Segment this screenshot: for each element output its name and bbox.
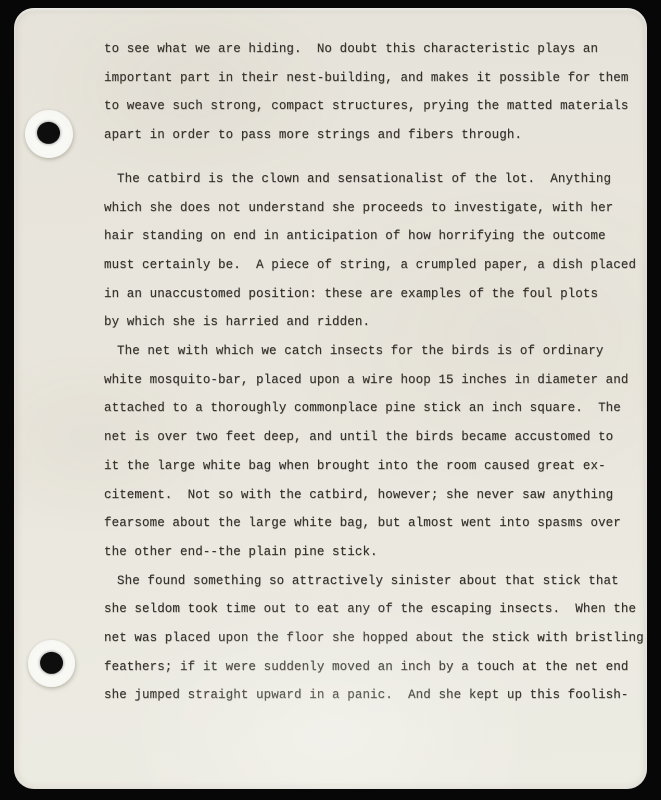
text-line: feathers; if it were suddenly moved an i… xyxy=(104,653,644,682)
typewritten-text: to see what we are hiding. No doubt this… xyxy=(104,35,644,710)
text-line: citement. Not so with the catbird, howev… xyxy=(104,481,644,510)
text-line: She found something so attractively sini… xyxy=(104,567,644,596)
text-line: white mosquito-bar, placed upon a wire h… xyxy=(104,366,644,395)
text-line: she jumped straight upward in a panic. A… xyxy=(104,681,644,710)
text-line: which she does not understand she procee… xyxy=(104,194,644,223)
text-line: The catbird is the clown and sensational… xyxy=(104,165,644,194)
punch-hole-top-opening xyxy=(37,122,60,144)
text-line: net is over two feet deep, and until the… xyxy=(104,423,644,452)
text-line: The net with which we catch insects for … xyxy=(104,337,644,366)
paragraph-3: The net with which we catch insects for … xyxy=(104,337,644,567)
text-line: net was placed upon the floor she hopped… xyxy=(104,624,644,653)
text-line: in an unaccustomed position: these are e… xyxy=(104,280,644,309)
text-line: she seldom took time out to eat any of t… xyxy=(104,595,644,624)
text-line: apart in order to pass more strings and … xyxy=(104,121,644,150)
scan-background: to see what we are hiding. No doubt this… xyxy=(0,0,661,800)
text-line: by which she is harried and ridden. xyxy=(104,308,644,337)
text-line: attached to a thoroughly commonplace pin… xyxy=(104,394,644,423)
text-line: fearsome about the large white bag, but … xyxy=(104,509,644,538)
document-page: to see what we are hiding. No doubt this… xyxy=(14,8,647,789)
punch-hole-bottom-opening xyxy=(40,651,63,673)
punch-hole-top xyxy=(25,110,73,158)
text-line: important part in their nest-building, a… xyxy=(104,64,644,93)
paragraph-1: to see what we are hiding. No doubt this… xyxy=(104,35,644,150)
paragraph-4: She found something so attractively sini… xyxy=(104,567,644,711)
text-line: to weave such strong, compact structures… xyxy=(104,92,644,121)
text-line: hair standing on end in anticipation of … xyxy=(104,222,644,251)
paragraph-2: The catbird is the clown and sensational… xyxy=(104,165,644,337)
text-line: it the large white bag when brought into… xyxy=(104,452,644,481)
punch-hole-bottom xyxy=(28,640,75,687)
text-line: the other end--the plain pine stick. xyxy=(104,538,644,567)
text-line: must certainly be. A piece of string, a … xyxy=(104,251,644,280)
text-line: to see what we are hiding. No doubt this… xyxy=(104,35,644,64)
